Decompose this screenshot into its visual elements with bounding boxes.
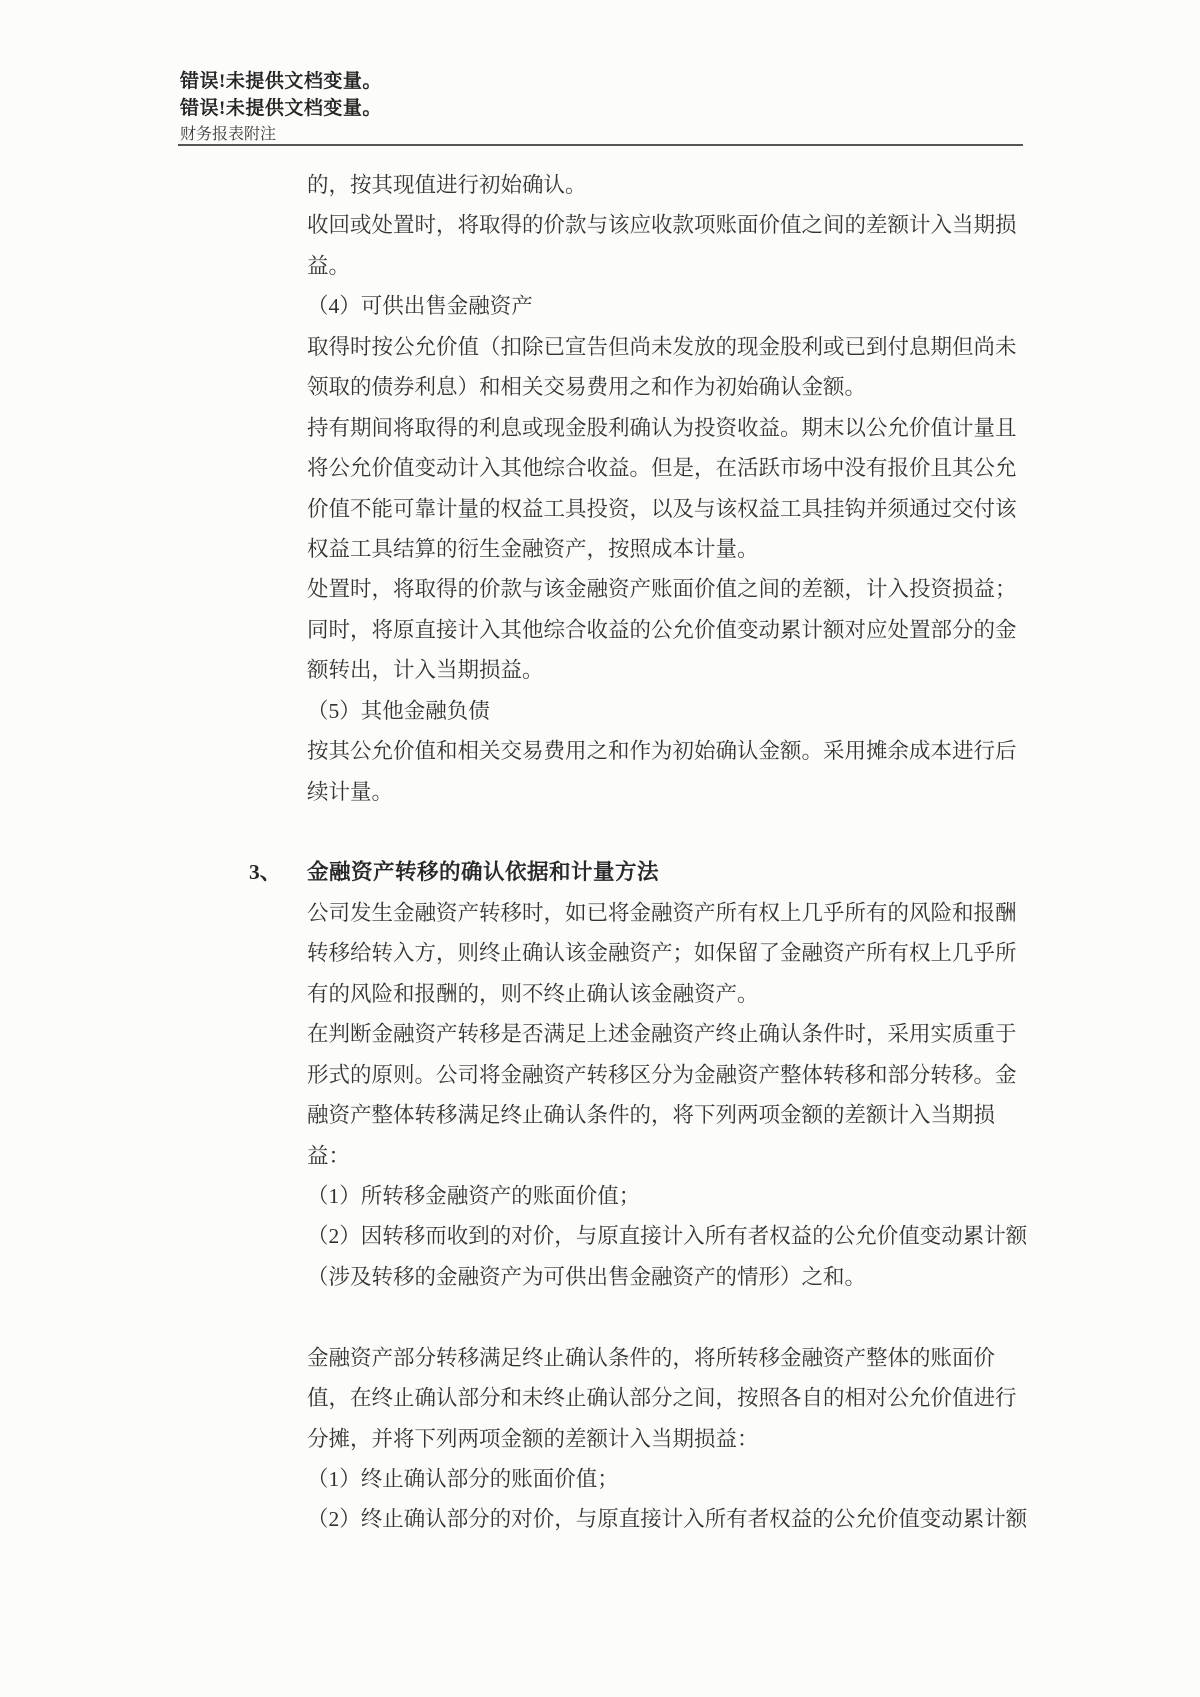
text-line: 持有期间将取得的利息或现金股利确认为投资收益。期末以公允价值计量且 (307, 408, 1023, 448)
page-header: 错误!未提供文档变量。 错误!未提供文档变量。 财务报表附注 (180, 68, 382, 145)
text-line: 取得时按公允价值（扣除已宣告但尚未发放的现金股利或已到付息期但尚未 (307, 327, 1023, 367)
header-error-line-2: 错误!未提供文档变量。 (180, 95, 382, 122)
text-line: 有的风险和报酬的，则不终止确认该金融资产。 (307, 974, 1023, 1014)
text-line: 的，按其现值进行初始确认。 (307, 165, 1023, 205)
section-heading-title: 金融资产转移的确认依据和计量方法 (307, 860, 659, 884)
document-body: 的，按其现值进行初始确认。收回或处置时，将取得的价款与该应收款项账面价值之间的差… (307, 165, 1023, 1540)
text-line: 值，在终止确认部分和未终止确认部分之间，按照各自的相对公允价值进行 (307, 1378, 1023, 1418)
text-line: （涉及转移的金融资产为可供出售金融资产的情形）之和。 (307, 1257, 1023, 1297)
text-line: 收回或处置时，将取得的价款与该应收款项账面价值之间的差额计入当期损 (307, 205, 1023, 245)
paragraph-gap (307, 812, 1023, 852)
text-line: 益。 (307, 246, 1023, 286)
paragraph-block-partial-transfer: 金融资产部分转移满足终止确认条件的，将所转移金融资产整体的账面价值，在终止确认部… (307, 1338, 1023, 1540)
text-line: （1）终止确认部分的账面价值； (307, 1459, 1023, 1499)
text-line: 在判断金融资产转移是否满足上述金融资产终止确认条件时，采用实质重于 (307, 1014, 1023, 1054)
text-line: 转移给转入方，则终止确认该金融资产；如保留了金融资产所有权上几乎所 (307, 933, 1023, 973)
text-line: 按其公允价值和相关交易费用之和作为初始确认金额。采用摊余成本进行后 (307, 731, 1023, 771)
text-line: （1）所转移金融资产的账面价值； (307, 1176, 1023, 1216)
text-line: 公司发生金融资产转移时，如已将金融资产所有权上几乎所有的风险和报酬 (307, 893, 1023, 933)
text-line: 同时，将原直接计入其他综合收益的公允价值变动累计额对应处置部分的金 (307, 610, 1023, 650)
text-line: 价值不能可靠计量的权益工具投资，以及与该权益工具挂钩并须通过交付该 (307, 489, 1023, 529)
text-line: 额转出，计入当期损益。 (307, 650, 1023, 690)
text-line: 将公允价值变动计入其他综合收益。但是，在活跃市场中没有报价且其公允 (307, 448, 1023, 488)
text-line: 形式的原则。公司将金融资产转移区分为金融资产整体转移和部分转移。金 (307, 1055, 1023, 1095)
text-line: （2）因转移而收到的对价，与原直接计入所有者权益的公允价值变动累计额 (307, 1216, 1023, 1256)
text-line: 领取的债券利息）和相关交易费用之和作为初始确认金额。 (307, 367, 1023, 407)
text-line: 续计量。 (307, 772, 1023, 812)
paragraph-gap (307, 1297, 1023, 1337)
text-line: 处置时，将取得的价款与该金融资产账面价值之间的差额，计入投资损益； (307, 569, 1023, 609)
text-line: 金融资产部分转移满足终止确认条件的，将所转移金融资产整体的账面价 (307, 1338, 1023, 1378)
text-line: （5）其他金融负债 (307, 691, 1023, 731)
section-heading-number: 3、 (249, 852, 281, 892)
text-line: 权益工具结算的衍生金融资产，按照成本计量。 (307, 529, 1023, 569)
document-page: 错误!未提供文档变量。 错误!未提供文档变量。 财务报表附注 的，按其现值进行初… (0, 0, 1200, 1697)
header-divider (178, 144, 1023, 146)
header-error-line-1: 错误!未提供文档变量。 (180, 68, 382, 95)
section-heading: 3、 金融资产转移的确认依据和计量方法 (307, 852, 1023, 892)
text-line: 融资产整体转移满足终止确认条件的，将下列两项金额的差额计入当期损 (307, 1095, 1023, 1135)
text-line: （4）可供出售金融资产 (307, 286, 1023, 326)
paragraph-block-financial-assets: 的，按其现值进行初始确认。收回或处置时，将取得的价款与该应收款项账面价值之间的差… (307, 165, 1023, 812)
text-line: 分摊，并将下列两项金额的差额计入当期损益： (307, 1419, 1023, 1459)
text-line: 益： (307, 1136, 1023, 1176)
text-line: （2）终止确认部分的对价，与原直接计入所有者权益的公允价值变动累计额 (307, 1499, 1023, 1539)
header-section-title: 财务报表附注 (180, 124, 382, 145)
paragraph-block-transfer-recognition: 公司发生金融资产转移时，如已将金融资产所有权上几乎所有的风险和报酬转移给转入方，… (307, 893, 1023, 1297)
